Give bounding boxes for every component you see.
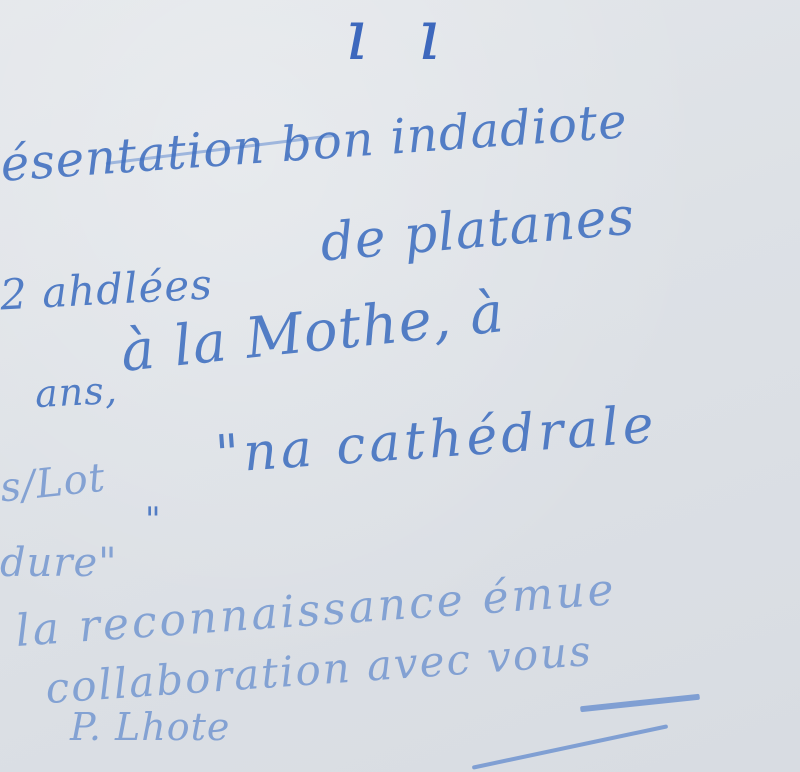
top-mark: ı ı — [345, 0, 454, 70]
text-line-2: de platanes — [318, 186, 637, 273]
signature-scribble — [580, 694, 700, 713]
text-line-6: "na cathédrale — [213, 395, 659, 486]
text-line-9: dure" — [0, 540, 118, 586]
text-line-1: ésentation bon indadiote — [0, 93, 629, 193]
text-line-3: 2 ahdlées — [0, 259, 214, 319]
signature: P. Lhote — [70, 705, 230, 749]
text-line-7: s/Lot — [0, 455, 108, 512]
signature-flourish — [472, 724, 668, 769]
text-line-8: " — [145, 500, 162, 540]
text-line-5: ans, — [34, 368, 119, 416]
